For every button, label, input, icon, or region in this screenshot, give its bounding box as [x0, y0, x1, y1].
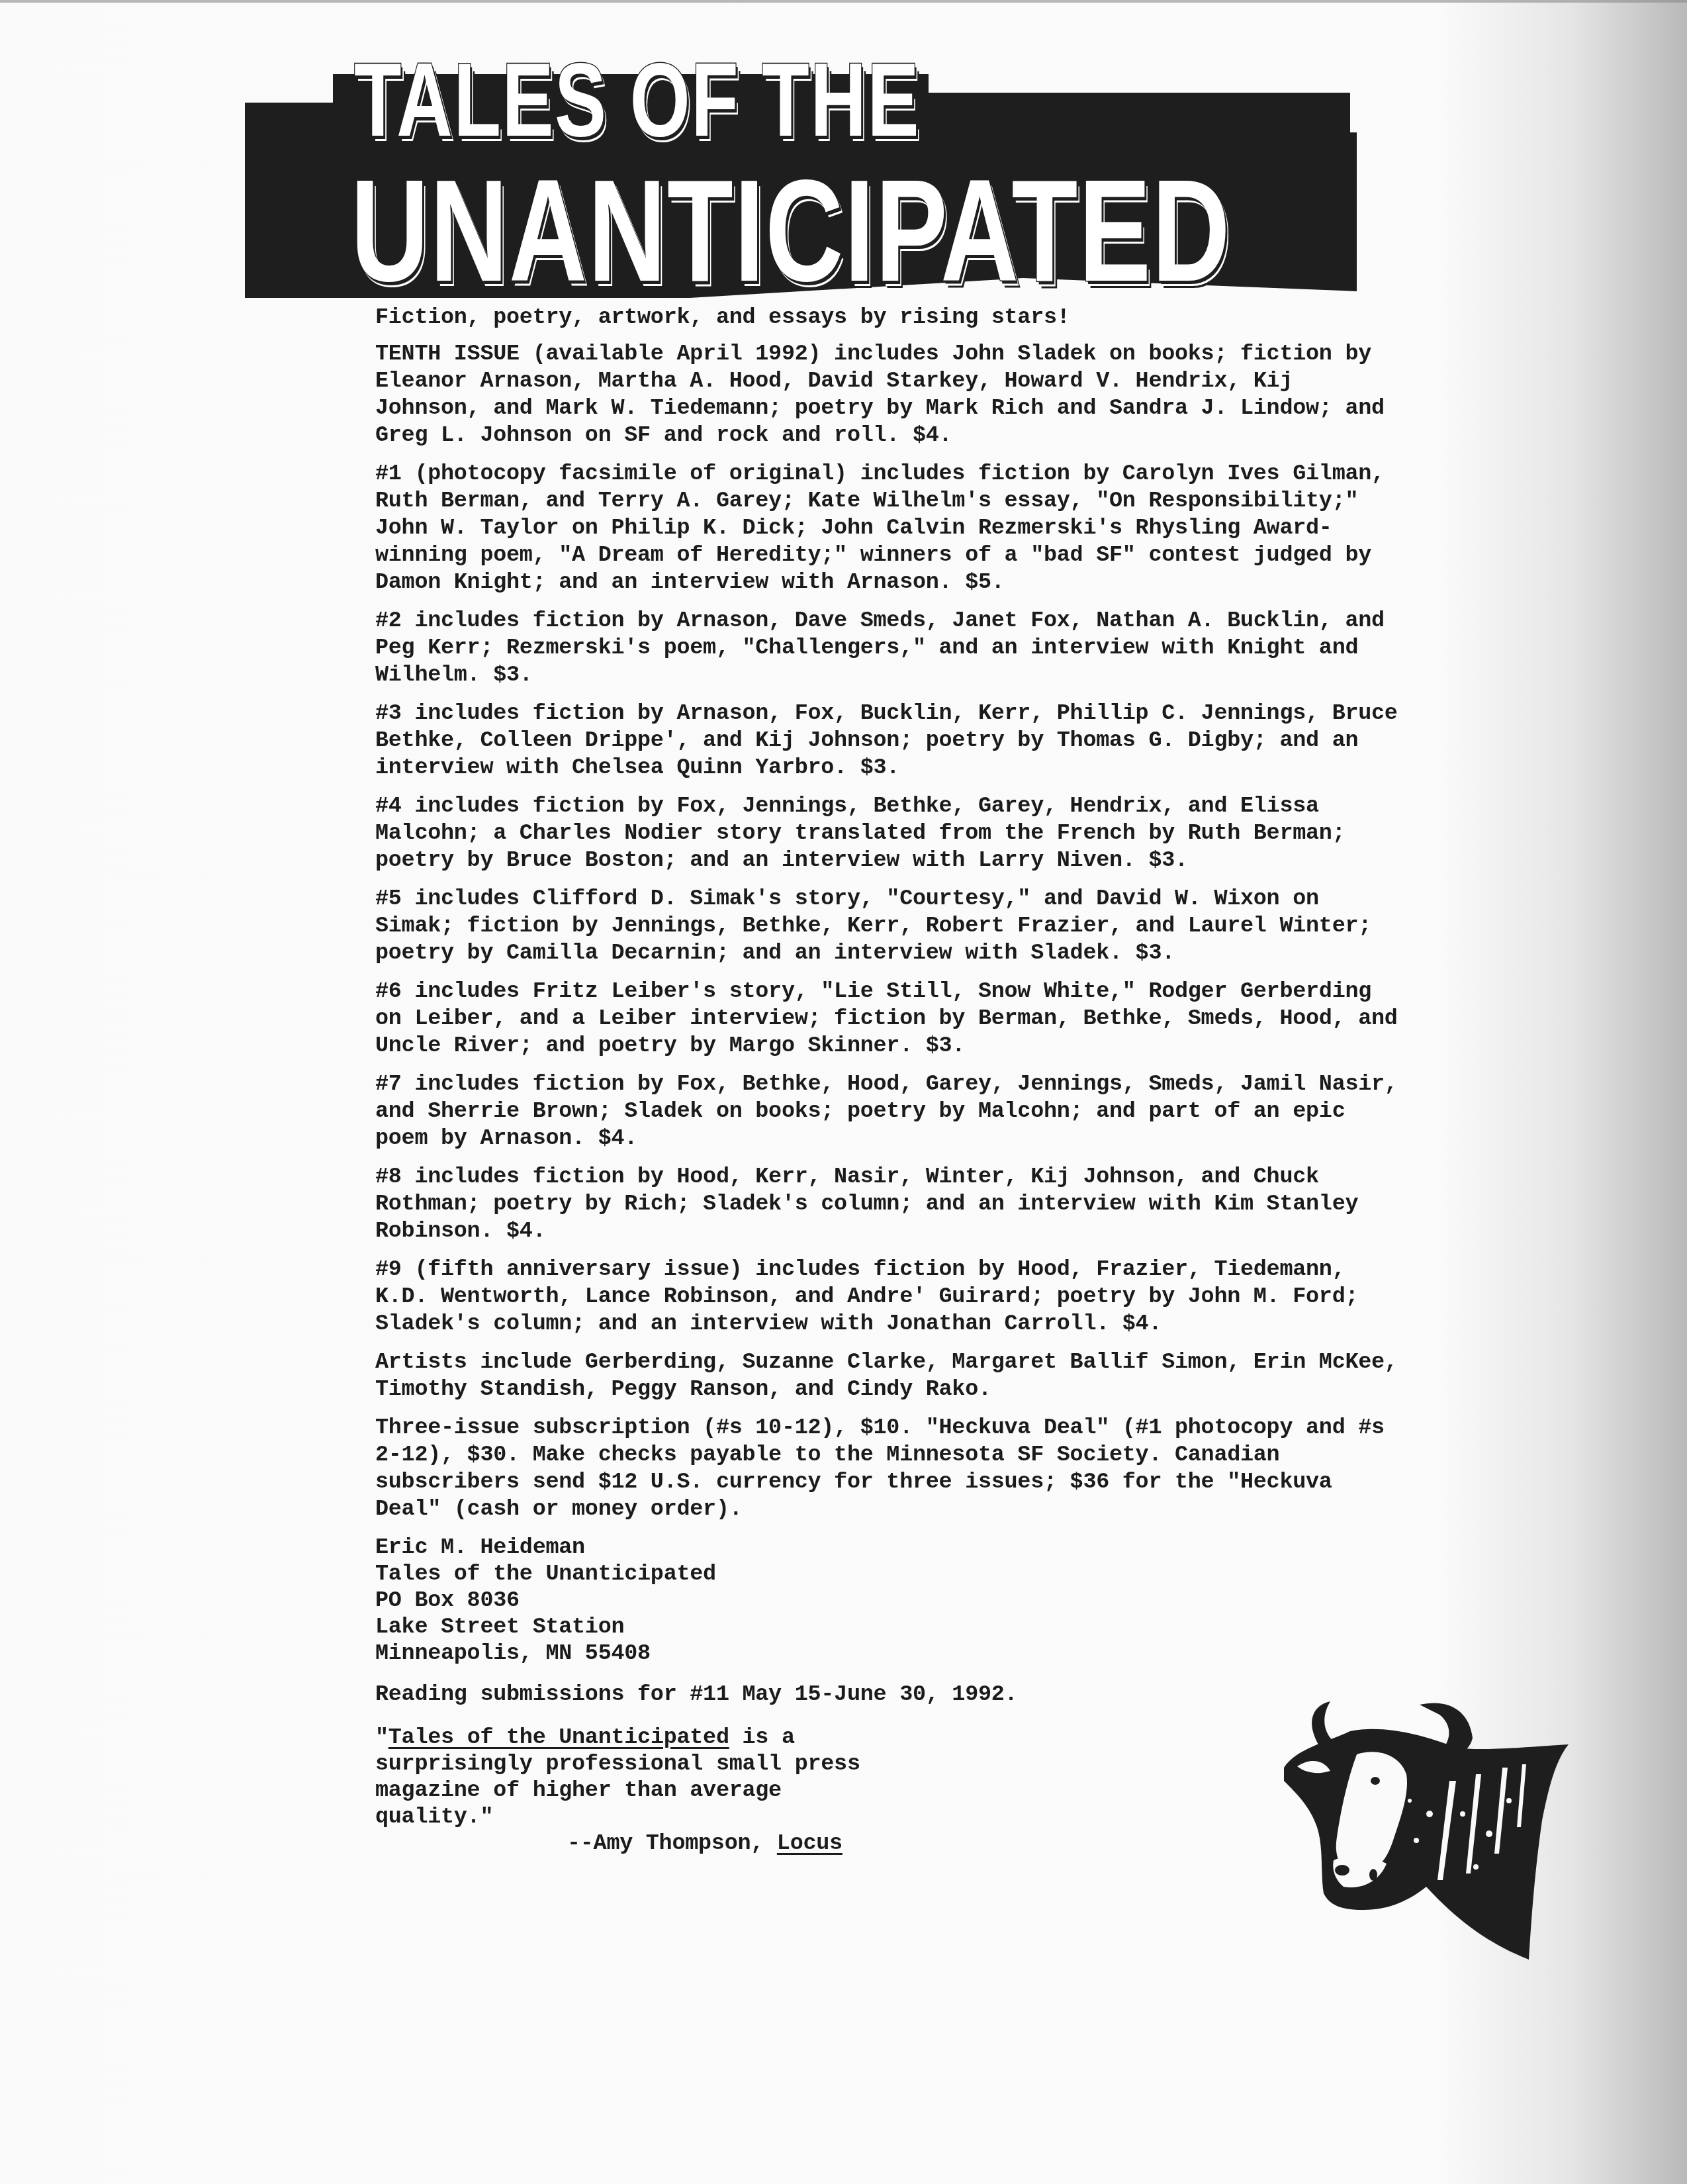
issue-entry-4: #4 includes fiction by Fox, Jennings, Be…: [375, 793, 1408, 875]
masthead-title-line1: TALES OF THE: [354, 40, 920, 160]
issue-entry-9: #9 (fifth anniversary issue) includes fi…: [375, 1257, 1408, 1338]
issue-entry-2: #2 includes fiction by Arnason, Dave Sme…: [375, 608, 1408, 689]
issue-entry-6: #6 includes Fritz Leiber's story, "Lie S…: [375, 978, 1408, 1060]
address-org: Tales of the Unanticipated: [375, 1561, 1408, 1588]
review-quote: "Tales of the Unanticipated is a surpris…: [375, 1725, 891, 1830]
masthead-title-line2: UNANTICIPATED: [351, 147, 1231, 314]
tagline: Fiction, poetry, artwork, and essays by …: [375, 305, 1408, 332]
quote-open-mark: ": [375, 1725, 388, 1750]
issue-entry-7: #7 includes fiction by Fox, Bethke, Hood…: [375, 1071, 1408, 1153]
issue-entry-3: #3 includes fiction by Arnason, Fox, Buc…: [375, 700, 1408, 782]
address-station: Lake Street Station: [375, 1614, 1408, 1640]
attribution-source: Locus: [777, 1831, 843, 1856]
reading-submissions: Reading submissions for #11 May 15-June …: [375, 1682, 1408, 1709]
flyer-body: Fiction, poetry, artwork, and essays by …: [375, 305, 1408, 1858]
issue-entry-10: TENTH ISSUE (available April 1992) inclu…: [375, 341, 1408, 450]
address-box: PO Box 8036: [375, 1588, 1408, 1614]
attribution-author: --Amy Thompson,: [567, 1831, 777, 1856]
artists-paragraph: Artists include Gerberding, Suzanne Clar…: [375, 1349, 1408, 1403]
masthead: TALES OF THE UNANTICIPATED: [245, 40, 1357, 298]
masthead-band-tab-left: [245, 103, 344, 162]
issue-entry-8: #8 includes fiction by Hood, Kerr, Nasir…: [375, 1164, 1408, 1245]
issue-entry-1: #1 (photocopy facsimile of original) inc…: [375, 461, 1408, 596]
quote-magazine-title: Tales of the Unanticipated: [388, 1725, 729, 1750]
bull-head-icon: [1257, 1682, 1575, 1973]
issue-entry-5: #5 includes Clifford D. Simak's story, "…: [375, 886, 1408, 967]
subscription-paragraph: Three-issue subscription (#s 10-12), $10…: [375, 1415, 1408, 1523]
scan-edge-shadow: [0, 0, 1687, 3]
mailing-address: Eric M. Heideman Tales of the Unanticipa…: [375, 1535, 1408, 1667]
address-city: Minneapolis, MN 55408: [375, 1640, 1408, 1667]
address-name: Eric M. Heideman: [375, 1535, 1408, 1561]
